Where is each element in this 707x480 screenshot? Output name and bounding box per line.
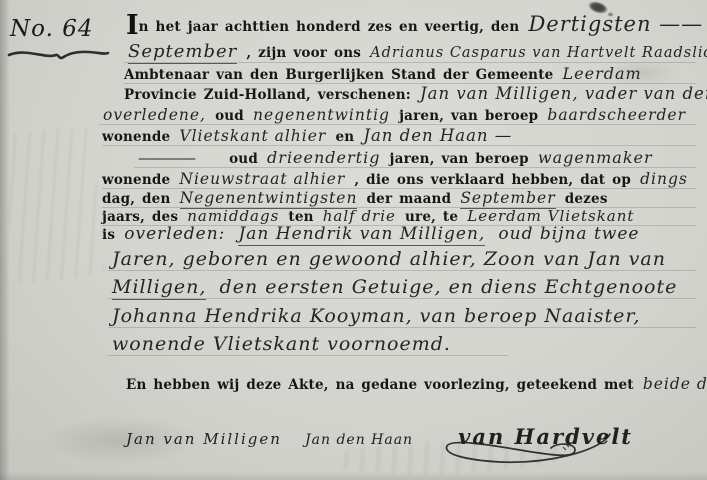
printed-text: En hebben wij deze Akte, na gedane voorl… xyxy=(126,377,634,393)
body-line: In het jaar achttien honderd zes en veer… xyxy=(126,12,707,36)
printed-text: oud xyxy=(229,151,258,167)
handwritten-entry: Jan van Milligen, vader van den xyxy=(420,84,707,103)
act-number-text: No. 64 xyxy=(10,16,93,42)
printed-text: Ambtenaar van den Burgerlijken Stand der… xyxy=(124,67,553,83)
act-number-flourish xyxy=(6,46,111,64)
body-line: dag, den Negenentwintigsten der maand Se… xyxy=(102,188,696,208)
printed-text: ten xyxy=(288,209,313,225)
body-line: Jaren, geboren en gewoond alhier, Zoon v… xyxy=(108,248,696,271)
handwritten-entry: Nieuwstraat alhier xyxy=(179,170,345,188)
handwritten-entry: Vlietskant alhier xyxy=(179,127,326,145)
handwritten-entry: oud bijna twee xyxy=(498,224,639,244)
handwritten-entry: Dertigsten —— xyxy=(528,12,703,36)
handwritten-entry: overledene, xyxy=(103,106,206,124)
body-line: Provincie Zuid-Holland, verschenen: Jan … xyxy=(124,84,707,103)
printed-text: is xyxy=(102,227,115,243)
printed-text: n het jaar achttien honderd zes en veert… xyxy=(139,19,520,35)
handwritten-entry: Milligen, xyxy=(112,276,206,300)
printed-text: Provincie Zuid-Holland, verschenen: xyxy=(124,87,411,103)
page-edge-shadow xyxy=(0,472,707,480)
handwritten-dash: ———— xyxy=(138,148,194,167)
printed-text: wonende xyxy=(102,129,170,145)
bleedthrough-smudge xyxy=(0,126,105,285)
printed-text: oud xyxy=(215,108,244,124)
body-line: ———— oud drieendertig jaren, van beroep … xyxy=(134,148,696,168)
handwritten-entry: Leerdam Vlietskant xyxy=(467,207,634,225)
printed-text: ure, te xyxy=(405,209,458,225)
printed-text: wonende xyxy=(102,172,170,188)
handwritten-entry: wagenmaker xyxy=(538,148,653,167)
handwritten-entry: dings xyxy=(640,170,688,188)
printed-text: , zijn voor ons xyxy=(246,45,361,61)
body-line: Milligen, den eersten Getuige, en diens … xyxy=(108,276,696,299)
handwritten-entry: beide de Getuigen. xyxy=(643,375,707,393)
signature-flourish xyxy=(425,430,615,472)
handwritten-entry: wonende Vlietskant voornoemd. xyxy=(112,333,451,355)
handwritten-entry: Jaren, geboren en gewoond alhier, Zoon v… xyxy=(112,248,666,270)
body-line: wonende Vlietskant alhier en Jan den Haa… xyxy=(102,126,696,146)
body-line: Johanna Hendrika Kooyman, van beroep Naa… xyxy=(108,305,696,328)
drop-cap: I xyxy=(126,10,139,41)
handwritten-entry: Adrianus Casparus van Hartvelt Raadslid xyxy=(370,45,707,61)
body-line: wonende Nieuwstraat alhier , die ons ver… xyxy=(102,169,696,189)
body-line: September , zijn voor ons Adrianus Caspa… xyxy=(124,41,696,63)
handwritten-entry-deceased-name: Jan Hendrik van Milligen, xyxy=(238,224,485,246)
death-certificate-scan: No. 64 In het jaar achttien honderd zes … xyxy=(0,0,707,480)
printed-text: en xyxy=(335,129,354,145)
handwritten-entry: half drie xyxy=(323,207,396,225)
printed-text: jaren, van beroep xyxy=(399,108,538,124)
body-line: is overleden: Jan Hendrik van Milligen, … xyxy=(102,224,643,244)
body-line: jaars, des namiddags ten half drie ure, … xyxy=(102,206,696,226)
page-gutter-shadow xyxy=(0,0,10,480)
handwritten-entry: overleden: xyxy=(124,224,225,244)
handwritten-entry: September xyxy=(128,41,237,64)
signature-witness-1: Jan van Milligen xyxy=(126,430,282,448)
printed-text: jaars, des xyxy=(102,209,178,225)
handwritten-entry: negenentwintig xyxy=(253,106,390,124)
handwritten-entry: drieendertig xyxy=(267,148,380,167)
printed-text: der maand xyxy=(367,191,452,207)
handwritten-entry: den eersten Getuige, en diens Echtgenoot… xyxy=(220,276,678,298)
body-line: wonende Vlietskant voornoemd. xyxy=(108,333,508,356)
printed-text: , die ons verklaard hebben, dat op xyxy=(354,172,631,188)
body-line: overledene, oud negenentwintig jaren, va… xyxy=(99,105,696,125)
handwritten-entry: Johanna Hendrika Kooyman, van beroep Naa… xyxy=(112,305,640,327)
handwritten-entry: Jan den Haan — xyxy=(363,126,512,145)
printed-text: dag, den xyxy=(102,191,170,207)
handwritten-entry: namiddags xyxy=(187,207,279,225)
printed-text: jaren, van beroep xyxy=(390,151,529,167)
handwritten-entry: Leerdam xyxy=(563,64,642,83)
closing-clause: En hebben wij deze Akte, na gedane voorl… xyxy=(126,374,707,393)
body-line: Ambtenaar van den Burgerlijken Stand der… xyxy=(124,64,696,84)
act-number: No. 64 xyxy=(10,16,93,42)
handwritten-entry: baardscheerder xyxy=(547,106,686,124)
printed-text: dezes xyxy=(565,191,608,207)
signature-witness-2: Jan den Haan xyxy=(305,432,413,448)
